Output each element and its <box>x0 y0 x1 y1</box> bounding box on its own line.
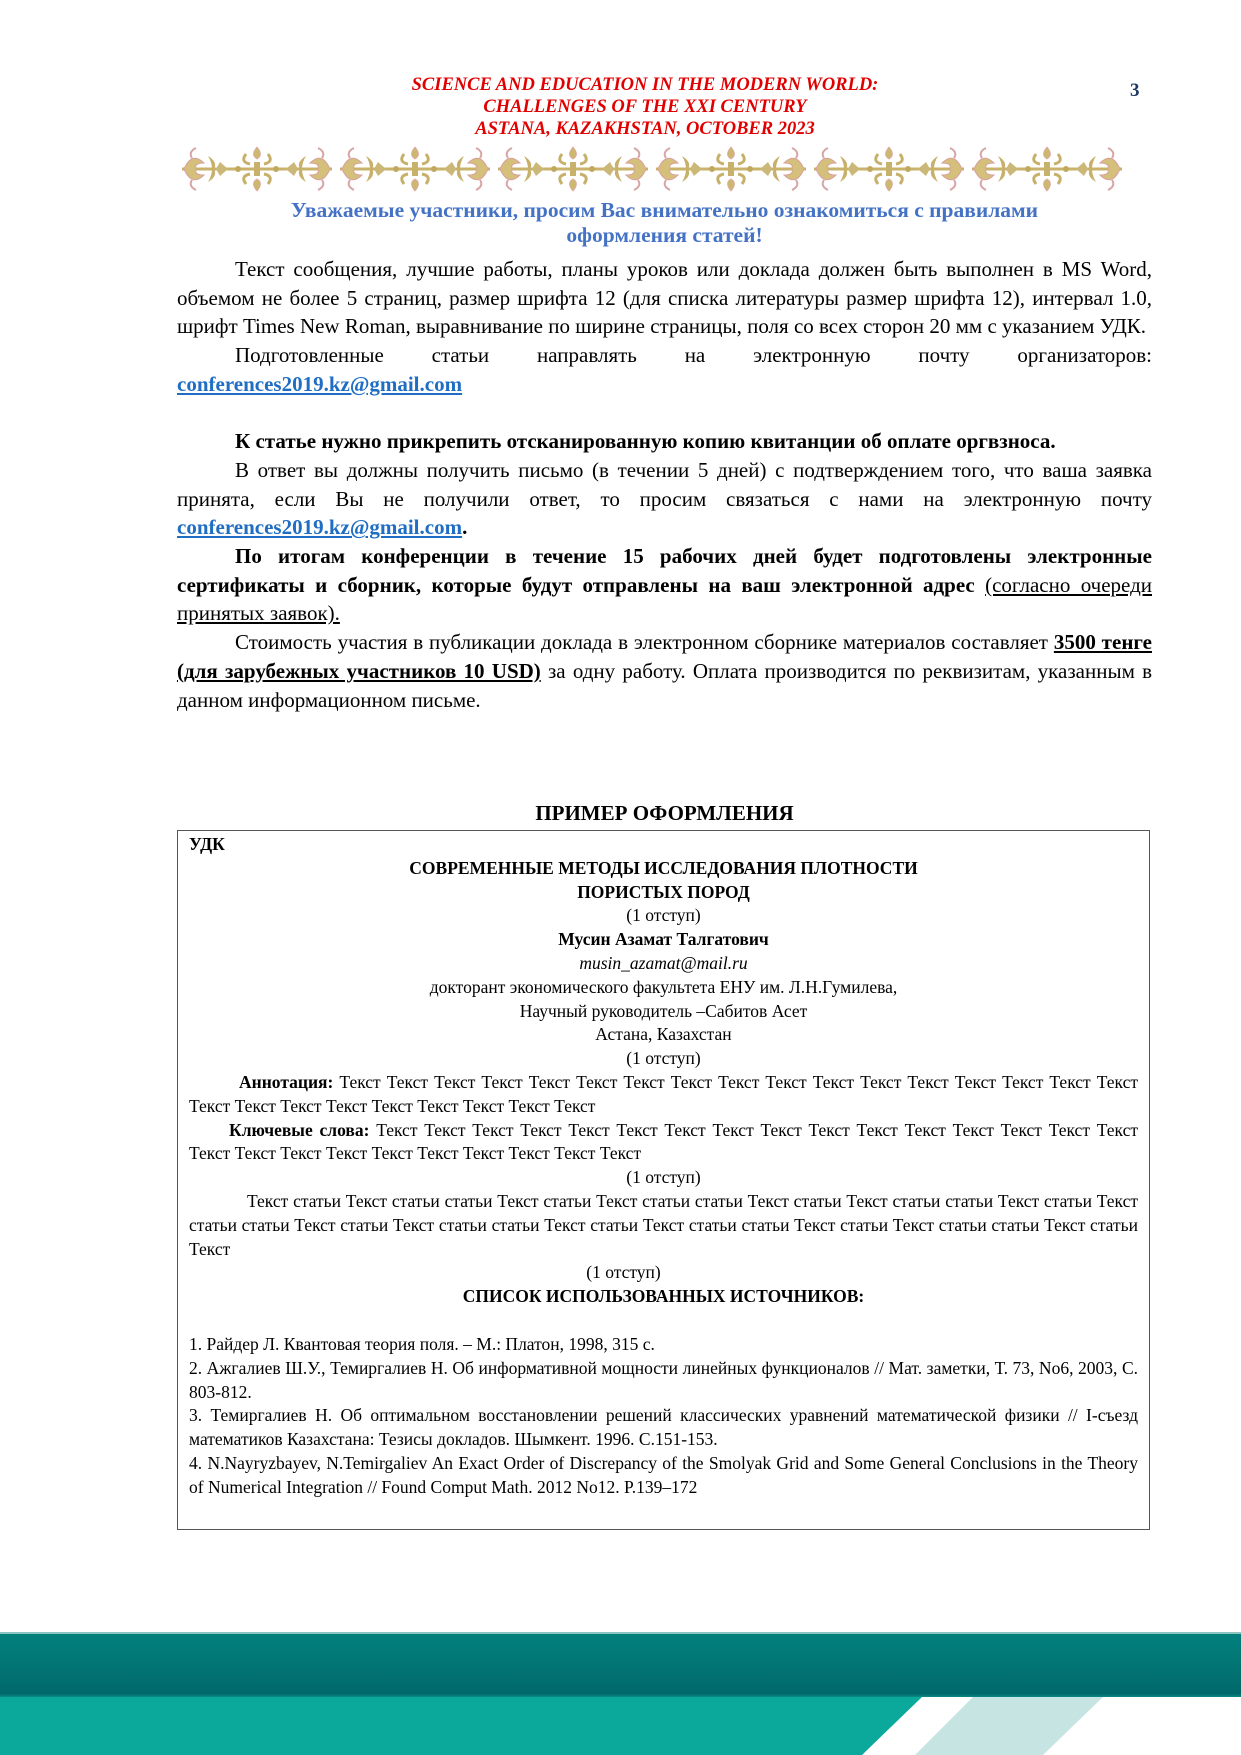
reference-item: 3. Темиргалиев Н. Об оптимальном восстан… <box>189 1404 1138 1452</box>
spacer-note: (1 отступ) <box>189 1261 1138 1285</box>
page-number: 3 <box>1130 80 1140 102</box>
reply-text: В ответ вы должны получить письмо (в теч… <box>177 458 1152 511</box>
reply-paragraph: В ответ вы должны получить письмо (в теч… <box>177 456 1152 542</box>
affiliation: докторант экономического факультета ЕНУ … <box>189 976 1138 1000</box>
example-heading: ПРИМЕР ОФОРМЛЕНИЯ <box>177 801 1152 826</box>
notice-title-line: Уважаемые участники, просим Вас внимател… <box>177 198 1152 223</box>
notice-title: Уважаемые участники, просим Вас внимател… <box>177 198 1152 248</box>
reference-item: 2. Ажгалиев Ш.У., Темиргалиев Н. Об инфо… <box>189 1357 1138 1405</box>
author-name: Мусин Азамат Талгатович <box>189 928 1138 952</box>
article-title-line: СОВРЕМЕННЫЕ МЕТОДЫ ИССЛЕДОВАНИЯ ПЛОТНОСТ… <box>189 857 1138 881</box>
example-box: УДК СОВРЕМЕННЫЕ МЕТОДЫ ИССЛЕДОВАНИЯ ПЛОТ… <box>177 830 1150 1530</box>
blank-line <box>189 1309 1138 1333</box>
email-link[interactable]: conferences2019.kz@gmail.com <box>177 515 462 539</box>
references-heading: СПИСОК ИСПОЛЬЗОВАННЫХ ИСТОЧНИКОВ: <box>189 1285 1138 1309</box>
reference-item: 1. Райдер Л. Квантовая теория поля. – М.… <box>189 1333 1138 1357</box>
submission-paragraph: Подготовленные статьи направлять на элек… <box>177 341 1152 398</box>
price-paragraph: Стоимость участия в публикации доклада в… <box>177 628 1152 714</box>
conference-header-line: CHALLENGES OF THE XXI CENTURY <box>330 96 960 118</box>
article-title-line: ПОРИСТЫХ ПОРОД <box>189 881 1138 905</box>
conference-header-line: SCIENCE AND EDUCATION IN THE MODERN WORL… <box>330 74 960 96</box>
spacer-note: (1 отступ) <box>189 904 1138 928</box>
ornament-border-icon <box>178 144 1126 195</box>
keywords: Ключевые слова: Текст Текст Текст Текст … <box>189 1119 1138 1167</box>
footer-stripes-decoration <box>0 1697 1241 1755</box>
abstract-label: Аннотация: <box>239 1072 333 1092</box>
location: Астана, Казахстан <box>189 1023 1138 1047</box>
blank-line <box>177 399 1152 428</box>
conference-header: SCIENCE AND EDUCATION IN THE MODERN WORL… <box>330 74 960 140</box>
conference-header-line: ASTANA, KAZAKHSTAN, OCTOBER 2023 <box>330 118 960 140</box>
formatting-rules-paragraph: Текст сообщения, лучшие работы, планы ур… <box>177 255 1152 341</box>
notice-title-line: оформления статей! <box>177 223 1152 248</box>
receipt-paragraph: К статье нужно прикрепить отсканированну… <box>177 427 1152 456</box>
price-intro: Стоимость участия в публикации доклада в… <box>235 630 1048 654</box>
reference-item: 4. N.Nayryzbayev, N.Temirgaliev An Exact… <box>189 1452 1138 1500</box>
abstract: Аннотация: Текст Текст Текст Текст Текст… <box>189 1071 1138 1119</box>
submission-text: Подготовленные статьи направлять на элек… <box>235 343 1152 367</box>
references-list: 1. Райдер Л. Квантовая теория поля. – М.… <box>189 1333 1138 1500</box>
author-email: musin_azamat@mail.ru <box>189 952 1138 976</box>
keywords-label: Ключевые слова: <box>229 1120 369 1140</box>
spacer-note: (1 отступ) <box>189 1166 1138 1190</box>
article-text: Текст статьи Текст статьи статьи Текст с… <box>189 1190 1138 1261</box>
certificates-paragraph: По итогам конференции в течение 15 рабоч… <box>177 542 1152 628</box>
footer-band <box>0 1632 1241 1697</box>
supervisor: Научный руководитель –Сабитов Асет <box>189 1000 1138 1024</box>
email-link[interactable]: conferences2019.kz@gmail.com <box>177 372 462 396</box>
spacer-note: (1 отступ) <box>189 1047 1138 1071</box>
period: . <box>462 515 467 539</box>
udk-label: УДК <box>189 833 1138 857</box>
rules-body: Текст сообщения, лучшие работы, планы ур… <box>177 255 1152 714</box>
